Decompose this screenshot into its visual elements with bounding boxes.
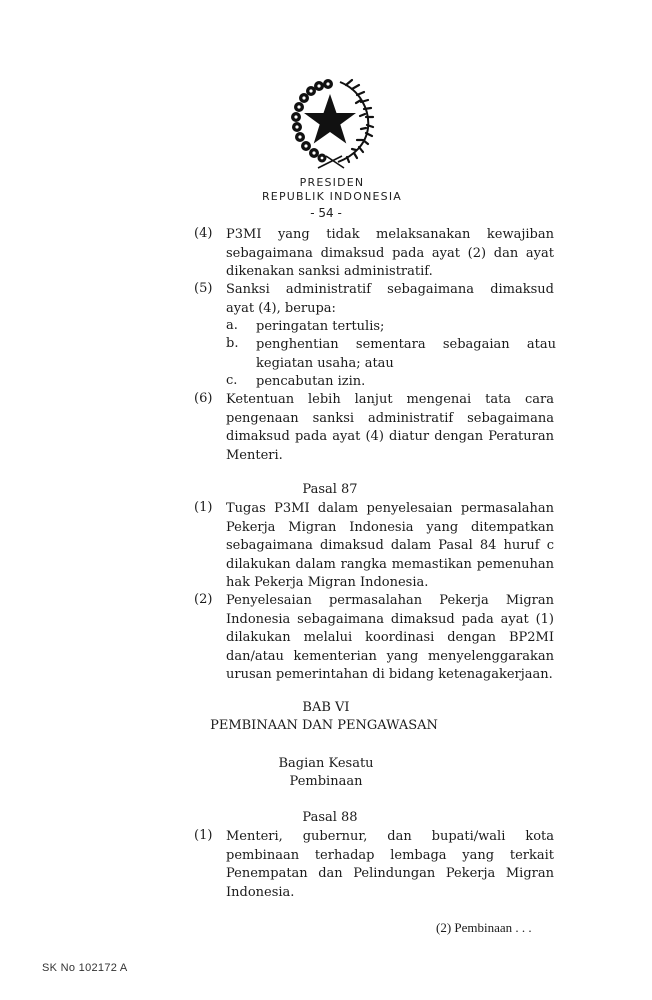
text-line: Indonesia.: [226, 884, 554, 903]
pasal-88-title: Pasal 88: [4, 810, 652, 825]
text-line: pembinaan terhadap lembaga yang terkait …: [226, 847, 554, 866]
ayat-text: Menteri, gubernur, dan bupati/wali kota …: [226, 828, 554, 902]
document-code: SK No 102172 A: [42, 962, 128, 974]
text-line: dimaksud pada ayat (4) diatur dengan Per…: [226, 428, 554, 447]
text-line: sebagaimana dimaksud pada ayat (2) dan a…: [226, 245, 554, 264]
text-line: pencabutan izin.: [256, 373, 556, 392]
ayat-text: P3MI yang tidak melaksanakan kewajiban s…: [226, 226, 554, 282]
ayat-number: (4): [194, 226, 224, 241]
text-line: dan/atau kementerian yang menyelenggarak…: [226, 648, 554, 667]
continuation-marker: (2) Pembinaan . . .: [436, 920, 532, 936]
text-line: ayat (4), berupa:: [226, 300, 554, 319]
header-title-republik: REPUBLIK INDONESIA: [6, 190, 652, 203]
ayat-text: Penyelesaian permasalahan Pekerja Migran…: [226, 592, 554, 685]
text-line: Sanksi administratif sebagaimana dimaksu…: [226, 281, 554, 300]
page-number: - 54 -: [0, 206, 652, 220]
text-line: kegiatan usaha; atau: [256, 355, 556, 374]
text-line: hak Pekerja Migran Indonesia.: [226, 574, 554, 593]
bagian-title: Bagian Kesatu: [0, 756, 652, 771]
text-line: Ketentuan lebih lanjut mengenai tata car…: [226, 391, 554, 410]
ayat-number: (6): [194, 391, 224, 406]
text-line: urusan pemerintahan di bidang ketenagake…: [226, 666, 554, 685]
text-line: penghentian sementara sebagaian atau sel…: [256, 336, 556, 355]
subitem-text: penghentian sementara sebagaian atau sel…: [256, 336, 556, 373]
header-title-presiden: PRESIDEN: [6, 176, 652, 189]
text-line: Indonesia sebagaimana dimaksud pada ayat…: [226, 611, 554, 630]
ayat-text: Tugas P3MI dalam penyelesaian permasalah…: [226, 500, 554, 593]
text-line: Menteri.: [226, 447, 554, 466]
text-line: dilakukan melalui koordinasi dengan BP2M…: [226, 629, 554, 648]
subitem-text: peringatan tertulis;: [256, 318, 556, 337]
text-line: Penyelesaian permasalahan Pekerja Migran: [226, 592, 554, 611]
ayat-number: (1): [194, 500, 224, 515]
text-line: P3MI yang tidak melaksanakan kewajiban: [226, 226, 554, 245]
ayat-text: Sanksi administratif sebagaimana dimaksu…: [226, 281, 554, 318]
text-line: dikenakan sanksi administratif.: [226, 263, 554, 282]
ayat-number: (2): [194, 592, 224, 607]
pasal-87-title: Pasal 87: [4, 482, 652, 497]
bab-subtitle: PEMBINAAN DAN PENGAWASAN: [0, 718, 650, 733]
subitem-letter: c.: [226, 373, 252, 388]
ayat-number: (1): [194, 828, 224, 843]
ayat-number: (5): [194, 281, 224, 296]
document-page: PRESIDEN REPUBLIK INDONESIA - 54 - (4) P…: [0, 0, 652, 1000]
text-line: sebagaimana dimaksud dalam Pasal 84 huru…: [226, 537, 554, 556]
text-line: peringatan tertulis;: [256, 318, 556, 337]
bab-title: BAB VI: [0, 700, 652, 715]
text-line: Menteri, gubernur, dan bupati/wali kota …: [226, 828, 554, 847]
subitem-letter: b.: [226, 336, 252, 351]
state-emblem-icon: [282, 76, 378, 170]
text-line: dilakukan dalam rangka memastikan pemenu…: [226, 556, 554, 575]
subitem-text: pencabutan izin.: [256, 373, 556, 392]
text-line: Penempatan dan Pelindungan Pekerja Migra…: [226, 865, 554, 884]
ayat-text: Ketentuan lebih lanjut mengenai tata car…: [226, 391, 554, 465]
text-line: Pekerja Migran Indonesia yang ditempatka…: [226, 519, 554, 538]
bagian-subtitle: Pembinaan: [0, 774, 652, 789]
subitem-letter: a.: [226, 318, 252, 333]
text-line: Tugas P3MI dalam penyelesaian permasalah…: [226, 500, 554, 519]
text-line: pengenaan sanksi administratif sebagaima…: [226, 410, 554, 429]
